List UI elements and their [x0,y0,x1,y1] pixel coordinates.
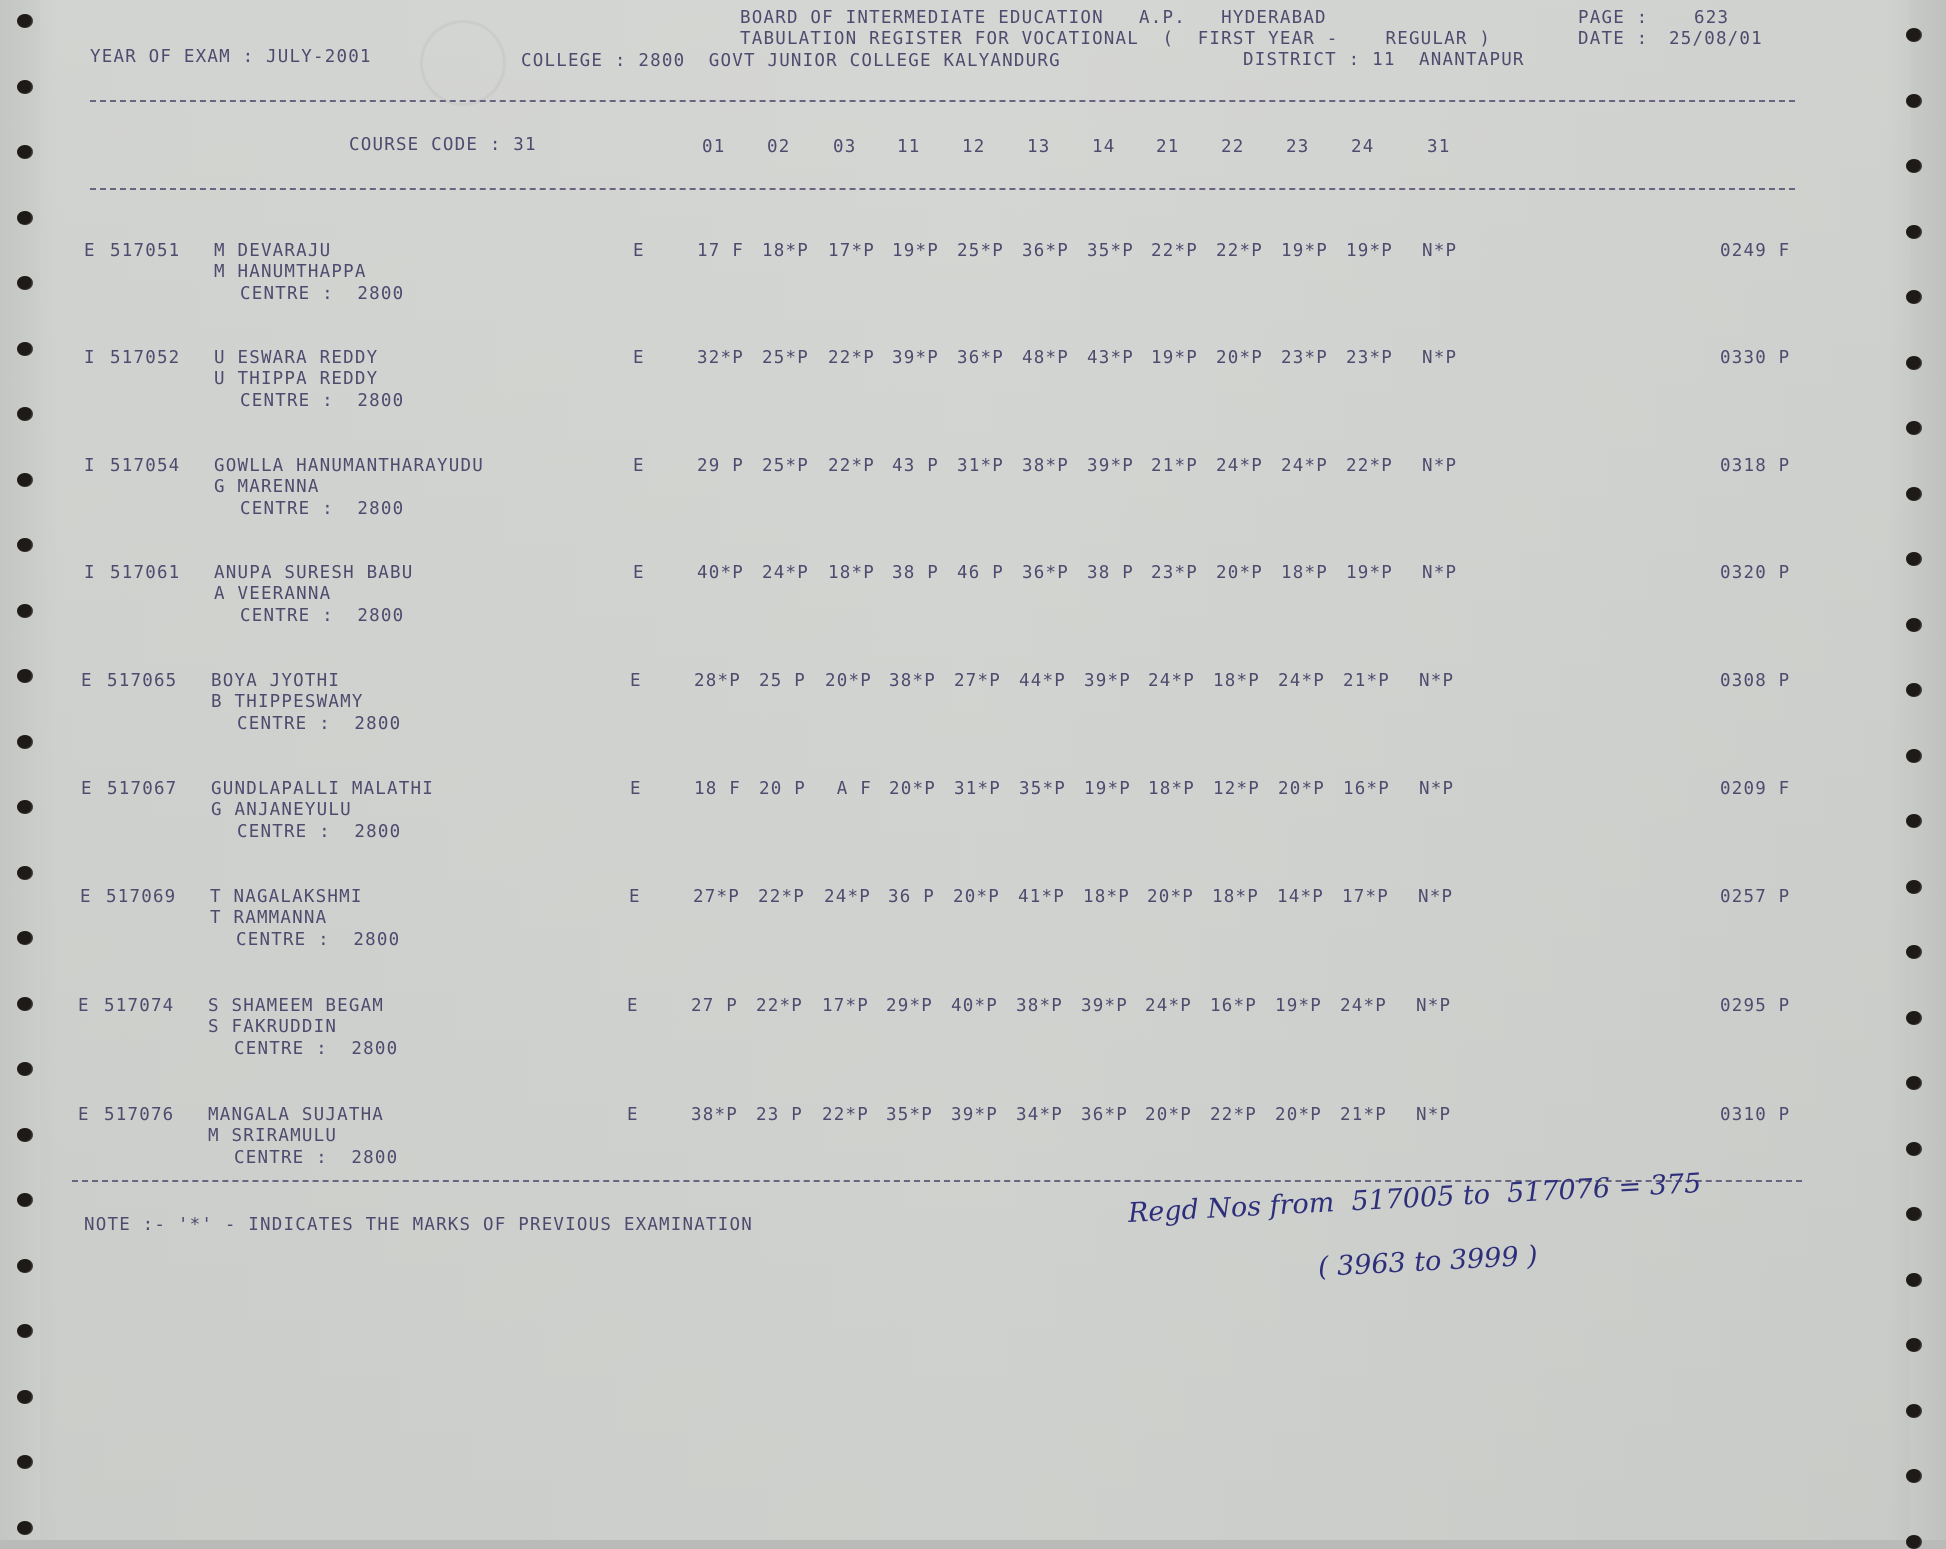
student-record: E517067GUNDLAPALLI MALATHIG ANJANEYULUCE… [0,779,1946,879]
medium-code: E [630,779,642,799]
subject-mark: 19*P [1281,241,1328,261]
watermark-seal [420,20,506,106]
subject-mark: 22*P [828,456,875,476]
registration-number: 517061 [110,563,180,583]
feed-hole [1906,1535,1922,1541]
parent-name: M HANUMTHAPPA [214,262,367,282]
subject-mark: 31*P [954,779,1001,799]
subject-mark: 19*P [1084,779,1131,799]
subject-mark: 27 P [691,996,738,1016]
subject-mark: 39*P [1087,456,1134,476]
subject-mark: 39*P [1084,671,1131,691]
registration-number: 517074 [104,996,174,1016]
parent-name: S FAKRUDDIN [208,1017,337,1037]
subject-mark: 25*P [957,241,1004,261]
subject-mark: 23*P [1281,348,1328,368]
result-flag: E [81,779,93,799]
subject-mark: 44*P [1019,671,1066,691]
subject-mark: 38 P [892,563,939,583]
student-name: U ESWARA REDDY [214,348,378,368]
subject-mark: 22*P [756,996,803,1016]
subject-mark: 22*P [1216,241,1263,261]
exam-centre: CENTRE : 2800 [240,499,404,519]
subject-mark: 23*P [1346,348,1393,368]
subject-mark: N*P [1418,887,1453,907]
total-marks-result: 0257 P [1720,887,1790,907]
subject-mark: 38 P [1087,563,1134,583]
subject-mark: 39*P [1081,996,1128,1016]
feed-hole [17,80,33,94]
exam-centre: CENTRE : 2800 [237,822,401,842]
subject-mark: 17*P [1342,887,1389,907]
subject-code: 01 [702,137,725,157]
total-marks-result: 0320 P [1720,563,1790,583]
subject-mark: 38*P [1016,996,1063,1016]
subject-mark: 19*P [1346,241,1393,261]
total-marks-result: 0209 F [1720,779,1790,799]
subject-code: 03 [833,137,856,157]
total-marks-result: 0310 P [1720,1105,1790,1125]
subject-mark: 18*P [762,241,809,261]
total-marks-result: 0318 P [1720,456,1790,476]
total-marks-result: 0308 P [1720,671,1790,691]
feed-hole [17,1521,33,1535]
subject-mark: 22*P [1346,456,1393,476]
subject-code: 13 [1027,137,1050,157]
subject-mark: 21*P [1151,456,1198,476]
subject-mark: N*P [1419,671,1454,691]
college-info: COLLEGE : 2800 GOVT JUNIOR COLLEGE KALYA… [521,51,1061,71]
medium-code: E [627,1105,639,1125]
subject-mark: 24*P [1340,996,1387,1016]
subject-code: 31 [1427,137,1450,157]
subject-mark: 35*P [1087,241,1134,261]
exam-centre: CENTRE : 2800 [234,1039,398,1059]
page-label: PAGE : [1578,8,1648,28]
subject-mark: 43*P [1087,348,1134,368]
subject-mark: N*P [1419,779,1454,799]
registration-number: 517069 [106,887,176,907]
subject-mark: 18*P [1281,563,1328,583]
subject-mark: 48*P [1022,348,1069,368]
subject-mark: 31*P [957,456,1004,476]
subject-mark: N*P [1422,348,1457,368]
subject-code: 11 [897,137,920,157]
total-marks-result: 0249 F [1720,241,1790,261]
result-flag: I [84,563,96,583]
header-divider [90,100,1795,102]
student-record: I517052U ESWARA REDDYU THIPPA REDDYCENTR… [0,348,1946,448]
exam-centre: CENTRE : 2800 [236,930,400,950]
subject-mark: 18*P [1083,887,1130,907]
subject-code: 21 [1156,137,1179,157]
exam-centre: CENTRE : 2800 [237,714,401,734]
student-name: ANUPA SURESH BABU [214,563,414,583]
subject-mark: 19*P [1275,996,1322,1016]
registration-number: 517051 [110,241,180,261]
exam-centre: CENTRE : 2800 [240,606,404,626]
subject-mark: 24*P [1281,456,1328,476]
subject-mark: N*P [1422,241,1457,261]
subject-code: 23 [1286,137,1309,157]
subject-mark: 16*P [1210,996,1257,1016]
subject-mark: 25*P [762,348,809,368]
subject-mark: 20*P [1216,348,1263,368]
medium-code: E [633,456,645,476]
student-name: S SHAMEEM BEGAM [208,996,384,1016]
feed-hole [1906,1404,1922,1418]
subject-mark: 19*P [892,241,939,261]
subject-mark: 20*P [1275,1105,1322,1125]
feed-hole [17,211,33,225]
result-flag: E [78,996,90,1016]
parent-name: G MARENNA [214,477,320,497]
district-info: DISTRICT : 11 ANANTAPUR [1243,50,1525,70]
subject-mark: 22*P [1151,241,1198,261]
subject-mark: 12*P [1213,779,1260,799]
result-flag: E [84,241,96,261]
parent-name: G ANJANEYULU [211,800,352,820]
subject-code: 02 [767,137,790,157]
feed-hole [17,1390,33,1404]
subject-mark: 23 P [756,1105,803,1125]
subject-mark: 27*P [693,887,740,907]
feed-hole [1906,28,1922,42]
subject-mark: 25 P [759,671,806,691]
subject-mark: 36*P [957,348,1004,368]
subject-mark: 16*P [1343,779,1390,799]
registration-number: 517076 [104,1105,174,1125]
feed-hole [1906,94,1922,108]
subject-mark: 35*P [1019,779,1066,799]
subject-mark: 20*P [953,887,1000,907]
subject-mark: 34*P [1016,1105,1063,1125]
student-name: GOWLLA HANUMANTHARAYUDU [214,456,484,476]
exam-centre: CENTRE : 2800 [240,391,404,411]
parent-name: T RAMMANNA [210,908,327,928]
parent-name: U THIPPA REDDY [214,369,378,389]
subject-mark: 22*P [822,1105,869,1125]
parent-name: B THIPPESWAMY [211,692,364,712]
medium-code: E [627,996,639,1016]
subject-code: 24 [1351,137,1374,157]
parent-name: M SRIRAMULU [208,1126,337,1146]
parent-name: A VEERANNA [214,584,331,604]
subject-mark: 20*P [1147,887,1194,907]
feed-hole [1906,1273,1922,1287]
subject-mark: 38*P [691,1105,738,1125]
subject-mark: 24*P [1278,671,1325,691]
subject-mark: 36 P [888,887,935,907]
medium-code: E [633,563,645,583]
column-header-divider [90,188,1795,190]
subject-mark: 28*P [694,671,741,691]
feed-hole [1906,1207,1922,1221]
medium-code: E [633,241,645,261]
result-flag: E [78,1105,90,1125]
subject-mark: 18*P [1212,887,1259,907]
subject-mark: 19*P [1151,348,1198,368]
page-number: 623 [1694,8,1729,28]
subject-mark: 17*P [828,241,875,261]
year-of-exam: YEAR OF EXAM : JULY-2001 [90,47,372,67]
subject-mark: 18*P [828,563,875,583]
subject-mark: 17 F [697,241,744,261]
student-name: MANGALA SUJATHA [208,1105,384,1125]
printout-page: BOARD OF INTERMEDIATE EDUCATION A.P. HYD… [0,0,1946,1540]
subject-mark: 22*P [1210,1105,1257,1125]
subject-mark: 24*P [1148,671,1195,691]
student-record: E517069T NAGALAKSHMIT RAMMANNACENTRE : 2… [0,887,1946,987]
result-flag: E [80,887,92,907]
exam-centre: CENTRE : 2800 [240,284,404,304]
feed-hole [17,145,33,159]
subject-mark: 41*P [1018,887,1065,907]
result-flag: I [84,456,96,476]
subject-mark: 20*P [1216,563,1263,583]
course-code: COURSE CODE : 31 [349,135,537,155]
total-marks-result: 0330 P [1720,348,1790,368]
subject-mark: 27*P [954,671,1001,691]
student-name: BOYA JYOTHI [211,671,340,691]
subject-mark: 38*P [1022,456,1069,476]
result-flag: E [81,671,93,691]
medium-code: E [629,887,641,907]
student-record: I517054GOWLLA HANUMANTHARAYUDUG MARENNAC… [0,456,1946,556]
print-date: 25/08/01 [1669,29,1763,49]
register-title: TABULATION REGISTER FOR VOCATIONAL ( FIR… [740,29,1491,49]
registration-number: 517054 [110,456,180,476]
subject-mark: 14*P [1277,887,1324,907]
subject-mark: 40*P [951,996,998,1016]
subject-mark: 35*P [886,1105,933,1125]
subject-mark: 17*P [822,996,869,1016]
student-name: T NAGALAKSHMI [210,887,363,907]
exam-centre: CENTRE : 2800 [234,1148,398,1168]
subject-mark: 36*P [1022,563,1069,583]
student-name: M DEVARAJU [214,241,331,261]
subject-mark: 43 P [892,456,939,476]
subject-mark: 25*P [762,456,809,476]
subject-mark: 24*P [824,887,871,907]
feed-hole [17,14,33,28]
subject-mark: 24*P [762,563,809,583]
subject-mark: N*P [1422,563,1457,583]
subject-code: 12 [962,137,985,157]
subject-code: 22 [1221,137,1244,157]
subject-mark: N*P [1422,456,1457,476]
feed-hole [1906,159,1922,173]
subject-mark: 18 F [694,779,741,799]
subject-mark: A F [825,779,872,799]
board-title: BOARD OF INTERMEDIATE EDUCATION A.P. HYD… [740,8,1327,28]
subject-mark: 46 P [957,563,1004,583]
subject-mark: 32*P [697,348,744,368]
subject-mark: 29 P [697,456,744,476]
registration-number: 517065 [107,671,177,691]
subject-mark: 22*P [828,348,875,368]
subject-mark: 20*P [889,779,936,799]
student-record: E517051M DEVARAJUM HANUMTHAPPACENTRE : 2… [0,241,1946,341]
subject-mark: N*P [1416,1105,1451,1125]
subject-mark: 23*P [1151,563,1198,583]
subject-mark: 18*P [1148,779,1195,799]
subject-mark: 36*P [1022,241,1069,261]
subject-code: 14 [1092,137,1115,157]
subject-mark: 20*P [1145,1105,1192,1125]
subject-mark: 38*P [889,671,936,691]
medium-code: E [630,671,642,691]
feed-hole [1906,1469,1922,1483]
registration-number: 517067 [107,779,177,799]
subject-mark: 40*P [697,563,744,583]
subject-mark: 21*P [1340,1105,1387,1125]
subject-mark: 24*P [1216,456,1263,476]
subject-mark: 39*P [951,1105,998,1125]
subject-mark: 36*P [1081,1105,1128,1125]
student-name: GUNDLAPALLI MALATHI [211,779,434,799]
feed-hole [17,1455,33,1469]
student-record: E517074S SHAMEEM BEGAMS FAKRUDDINCENTRE … [0,996,1946,1096]
subject-mark: 39*P [892,348,939,368]
subject-mark: 19*P [1346,563,1393,583]
subject-mark: 29*P [886,996,933,1016]
subject-mark: 20 P [759,779,806,799]
subject-mark: N*P [1416,996,1451,1016]
registration-number: 517052 [110,348,180,368]
subject-mark: 20*P [1278,779,1325,799]
subject-mark: 20*P [825,671,872,691]
total-marks-result: 0295 P [1720,996,1790,1016]
feed-hole [17,1324,33,1338]
subject-mark: 21*P [1343,671,1390,691]
student-record: E517065BOYA JYOTHIB THIPPESWAMYCENTRE : … [0,671,1946,771]
medium-code: E [633,348,645,368]
subject-mark: 24*P [1145,996,1192,1016]
date-label: DATE : [1578,29,1648,49]
student-record: I517061ANUPA SURESH BABUA VEERANNACENTRE… [0,563,1946,663]
feed-hole [1906,225,1922,239]
result-flag: I [84,348,96,368]
feed-hole [1906,1338,1922,1352]
subject-mark: 18*P [1213,671,1260,691]
subject-mark: 22*P [758,887,805,907]
footnote: NOTE :- '*' - INDICATES THE MARKS OF PRE… [84,1215,753,1235]
feed-hole [17,1259,33,1273]
